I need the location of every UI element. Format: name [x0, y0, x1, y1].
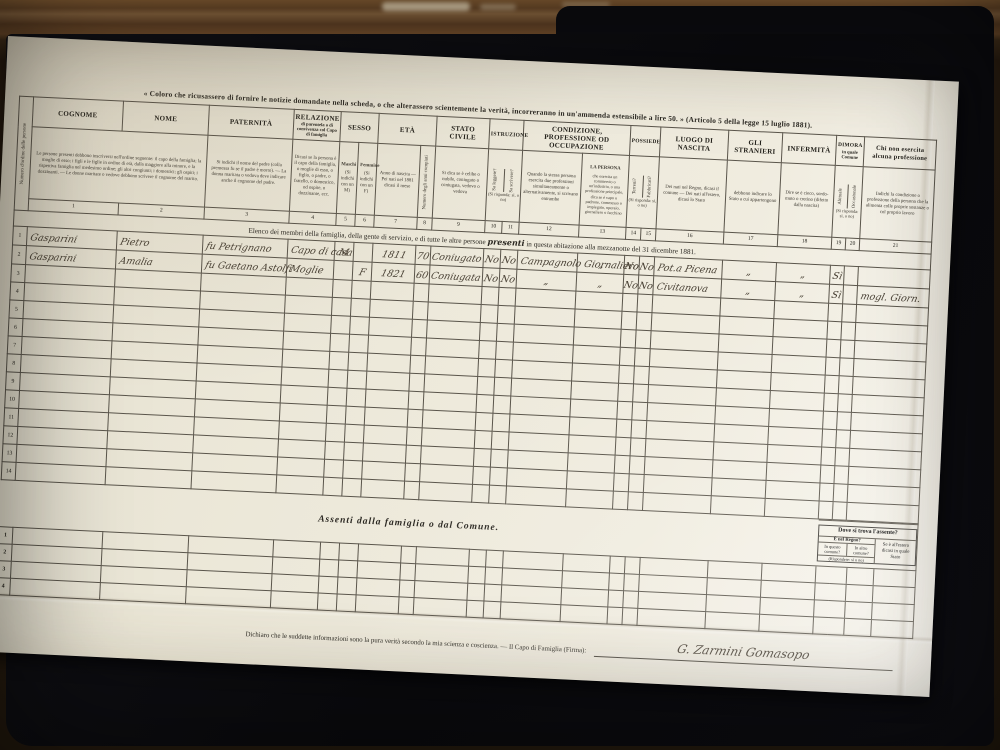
table-cell [475, 413, 493, 432]
census-table: Numero d'ordine delle persone COGNOME NO… [1, 96, 937, 525]
table-cell: Capo di casa [287, 239, 335, 260]
table-cell [622, 294, 638, 313]
table-cell [367, 353, 411, 373]
table-cell [705, 612, 760, 632]
table-cell [826, 339, 841, 358]
table-cell [825, 357, 840, 376]
table-cell [609, 573, 625, 591]
paternita-note: Si indichi il nome del padre (colla prem… [205, 135, 293, 211]
col-header-paternita: PATERNITÀ [208, 105, 294, 139]
table-cell [823, 411, 838, 430]
absent-box-estero: Se è all'estero dicasi in quale Stato [875, 539, 916, 565]
table-cell [358, 544, 402, 563]
table-cell [477, 377, 495, 396]
col-header-infermita: INFERMITÀ [781, 133, 836, 166]
table-cell: No [639, 256, 655, 276]
table-cell [337, 577, 357, 595]
table-cell: Sì [830, 265, 845, 285]
col-header-chi-non-esercita: Chi non esercita alcuna professione [863, 137, 936, 170]
table-cell [280, 385, 328, 405]
table-cell [835, 448, 850, 467]
table-cell [327, 388, 347, 407]
declaration-text: Dichiaro che le suddette informazioni so… [245, 632, 586, 657]
table-cell [324, 459, 344, 478]
row-number: 2 [0, 544, 12, 562]
table-cell [363, 443, 407, 463]
table-cell [618, 383, 634, 402]
table-cell [493, 395, 511, 414]
wood-glare [480, 4, 516, 10]
table-cell [410, 355, 426, 374]
condizione-note: Quando la stessa persona esercita due pr… [519, 151, 582, 226]
table-cell [350, 317, 370, 336]
table-cell: 1821 [371, 262, 415, 283]
table-cell [613, 473, 629, 492]
table-cell [276, 475, 324, 495]
table-cell [496, 342, 514, 361]
table-cell: 60 [414, 265, 430, 285]
table-cell [282, 349, 330, 369]
table-cell [345, 406, 365, 425]
table-cell [400, 563, 416, 581]
table-cell: „ [722, 260, 777, 282]
table-cell [628, 492, 644, 511]
table-cell [346, 388, 366, 407]
table-cell [325, 423, 345, 442]
table-cell [567, 453, 615, 473]
fabbricati-label: Fabbricati? [647, 176, 653, 198]
table-cell [824, 375, 839, 394]
table-cell: 1811 [372, 244, 416, 265]
table-cell [609, 556, 625, 574]
table-cell [574, 309, 622, 329]
row-number: 4 [10, 282, 25, 301]
table-cell [284, 313, 332, 333]
row-number: 7 [7, 336, 22, 355]
infermita-note: Dire se è cieco, sordo-muto o cretino (d… [778, 163, 835, 238]
table-cell [339, 543, 359, 561]
table-cell [279, 403, 327, 423]
table-cell [405, 463, 421, 482]
table-cell [833, 484, 848, 503]
table-cell [480, 305, 498, 324]
table-cell [412, 319, 428, 338]
table-cell [607, 607, 623, 625]
table-cell [486, 550, 504, 568]
table-cell: Moglie [286, 258, 334, 279]
table-cell: Civitanova [653, 276, 722, 298]
table-cell [100, 583, 187, 604]
table-cell [622, 608, 638, 626]
occasionale-label: Occasionale [852, 185, 858, 209]
table-cell [623, 591, 639, 609]
present-caption-emphasis: presenti [487, 236, 524, 248]
table-cell [490, 467, 508, 486]
sa-leggere-label: Sa leggere? [493, 169, 499, 191]
col-header-dimora: DIMORA in quale Comune [835, 136, 864, 167]
table-cell [614, 455, 630, 474]
col-header-stranieri: GLI STRANIERI [727, 130, 782, 163]
table-cell [506, 486, 567, 507]
table-cell [343, 460, 363, 479]
table-cell [836, 430, 851, 449]
table-cell [370, 281, 414, 301]
table-cell [281, 367, 329, 387]
table-cell [469, 549, 487, 567]
table-cell [318, 576, 338, 594]
table-cell [326, 405, 346, 424]
table-cell [490, 449, 508, 468]
table-cell: F [352, 262, 372, 282]
present-rows-body: 1GaspariniPietrofu PetrignanoCapo di cas… [1, 226, 930, 524]
table-cell [478, 359, 496, 378]
row-number: 9 [6, 372, 21, 391]
table-cell [819, 483, 834, 502]
table-cell [331, 298, 351, 317]
table-cell [277, 457, 325, 477]
terreni-label: Terreni? [633, 178, 639, 194]
col-header-cognome: COGNOME [32, 97, 123, 131]
table-cell [818, 501, 833, 520]
table-cell [344, 442, 364, 461]
table-cell [369, 299, 413, 319]
table-cell [473, 449, 491, 468]
table-cell [479, 323, 497, 342]
col-header-istruzione: ISTRUZIONE [489, 119, 524, 151]
table-cell [616, 419, 632, 438]
table-cell [344, 424, 364, 443]
table-cell [351, 281, 371, 300]
table-cell: Coniugata [429, 265, 483, 287]
col-header-luogo-nascita: LUOGO DI NASCITA [659, 127, 728, 160]
table-cell: Campagnolo Giornaliero [517, 250, 578, 272]
table-cell [842, 304, 857, 323]
table-cell [283, 331, 331, 351]
row-number: 13 [2, 444, 17, 463]
table-cell [319, 559, 339, 577]
abituale-label: Abituale [838, 188, 844, 205]
table-cell [466, 600, 484, 618]
row-number: 14 [1, 462, 16, 481]
table-cell [571, 381, 619, 401]
la-persona-subheader: LA PERSONA che esercita un commercio o u… [579, 153, 629, 227]
table-cell [356, 578, 400, 597]
table-cell [355, 595, 399, 614]
sa-scrivere-label: Sa scrivere? [509, 169, 515, 193]
stranieri-note: debbono indicare lo Stato a cui apparten… [724, 160, 781, 235]
row-number: 1 [0, 527, 13, 545]
table-cell [570, 399, 618, 419]
table-cell [409, 373, 425, 392]
table-cell [631, 420, 647, 439]
table-cell [498, 288, 516, 307]
chi-non-esercita-note: Indichi la condizione o professione dell… [860, 167, 935, 242]
table-cell [617, 401, 633, 420]
table-cell [363, 425, 407, 445]
table-cell: No [499, 269, 517, 289]
col-header-nome: NOME [122, 101, 209, 135]
table-cell [401, 546, 417, 564]
table-cell: „ [776, 263, 831, 285]
row-number: 10 [5, 390, 20, 409]
table-cell [572, 345, 620, 365]
table-cell [569, 417, 617, 437]
row-number: 2 [12, 245, 27, 265]
table-cell [491, 431, 509, 450]
table-cell: „ [721, 279, 776, 301]
col-header-stato-civile: STATO CIVILE [436, 116, 490, 149]
table-cell [413, 598, 467, 618]
table-cell [839, 358, 854, 377]
row-axis-label: Numero d'ordine delle persone [20, 123, 28, 185]
table-cell [353, 243, 373, 263]
table-cell [270, 591, 318, 610]
table-cell: „ [775, 282, 830, 304]
table-cell [575, 291, 623, 311]
table-cell [411, 337, 427, 356]
col-header-possiede: POSSIEDE [630, 126, 661, 157]
table-cell [497, 306, 515, 325]
table-cell [361, 479, 405, 499]
col-header-sesso: SESSO [340, 112, 379, 144]
table-cell [633, 384, 649, 403]
table-cell [398, 597, 414, 615]
table-cell [560, 605, 608, 624]
table-cell [832, 502, 847, 521]
table-cell [407, 409, 423, 428]
table-cell [629, 456, 645, 475]
signature: G. Zarmini Gomasopo [676, 643, 811, 661]
table-cell [840, 340, 855, 359]
table-cell [837, 412, 852, 431]
table-cell [710, 496, 765, 517]
eta-note: Anno di nascita — Pei nati nel 1881 dica… [374, 144, 420, 218]
table-cell [333, 261, 353, 281]
table-cell [628, 474, 644, 493]
table-cell [485, 567, 503, 585]
table-cell [496, 324, 514, 343]
table-cell [412, 301, 428, 320]
table-cell [843, 285, 858, 305]
table-cell [285, 295, 333, 315]
table-cell [566, 489, 614, 509]
table-cell [632, 402, 648, 421]
table-cell [637, 609, 706, 629]
table-cell [827, 321, 842, 340]
col-header-eta: ETÀ [378, 114, 437, 147]
census-photo: « Coloro che ricusassero di fornire le n… [0, 0, 1000, 750]
row-number: 5 [9, 300, 24, 319]
table-cell [500, 602, 561, 622]
table-cell [495, 360, 513, 379]
table-cell [568, 435, 616, 455]
table-cell [467, 583, 485, 601]
table-cell [484, 584, 502, 602]
possiede-subheader: Terreni? Fabbricati? (Si risponda: sì, o… [626, 156, 659, 229]
table-cell [822, 429, 837, 448]
table-cell [608, 590, 624, 608]
row-number: 3 [11, 264, 26, 283]
absent-location-box: Dove si trova l'assente? È nel Regno? In… [816, 520, 918, 571]
table-cell [365, 389, 409, 409]
table-cell [317, 593, 337, 611]
table-cell [366, 371, 410, 391]
table-cell [573, 327, 621, 347]
dimora-subtitle: in quale Comune [837, 148, 862, 160]
table-cell [474, 431, 492, 450]
table-cell [624, 557, 640, 575]
table-cell [331, 316, 351, 335]
table-cell [350, 299, 370, 318]
table-cell [10, 578, 101, 599]
table-cell [634, 348, 650, 367]
cognome-nome-note: Le persone presenti debbono inscriversi … [29, 127, 208, 207]
table-cell [323, 477, 343, 496]
row-number: 12 [3, 426, 18, 445]
table-cell [328, 370, 348, 389]
table-cell [838, 376, 853, 395]
table-cell [837, 394, 852, 413]
table-cell [347, 370, 367, 389]
table-cell [828, 303, 843, 322]
table-cell [759, 614, 814, 634]
table-cell [492, 413, 510, 432]
row-number: 8 [6, 354, 21, 373]
table-cell [329, 352, 349, 371]
table-cell [630, 438, 646, 457]
table-cell [472, 485, 490, 504]
table-cell: Sì [829, 284, 844, 304]
table-cell [476, 395, 494, 414]
table-cell: Coniugato [430, 246, 484, 268]
table-cell: No [482, 268, 500, 288]
table-cell: No [638, 275, 654, 295]
table-cell [362, 461, 406, 481]
table-cell [404, 481, 420, 500]
relazione-subtitle: di parentela o di convivenza col Capo di… [295, 121, 340, 139]
table-cell [473, 467, 491, 486]
table-cell [483, 601, 501, 619]
table-cell [369, 317, 413, 337]
table-cell [278, 421, 326, 441]
table-cell [620, 330, 636, 349]
row-number: 11 [4, 408, 19, 427]
table-cell [405, 445, 421, 464]
absent-box-respond: (Rispondere: sì o no) [818, 555, 874, 564]
table-cell [624, 574, 640, 592]
table-cell [332, 280, 352, 299]
table-cell [634, 366, 650, 385]
table-cell [285, 277, 333, 297]
table-cell [823, 393, 838, 412]
col-header-relazione: RELAZIONE di parentela o di convivenza c… [293, 110, 341, 142]
table-cell [841, 322, 856, 341]
table-cell [336, 594, 356, 612]
table-cell [342, 478, 362, 497]
table-cell [813, 617, 914, 639]
table-cell: Pot.a Picena [654, 257, 723, 279]
row-number: 6 [8, 318, 23, 337]
table-cell [468, 566, 486, 584]
table-cell [636, 312, 652, 331]
table-cell [637, 294, 653, 313]
table-cell [635, 330, 651, 349]
table-cell [419, 482, 473, 503]
table-cell [572, 363, 620, 383]
table-cell [820, 465, 835, 484]
stato-civile-note: Si dica se è celibe o nubile, coniugato … [432, 146, 488, 220]
table-cell [479, 341, 497, 360]
table-cell [764, 499, 819, 520]
table-cell [619, 347, 635, 366]
signature-line: G. Zarmini Gomasopo [594, 636, 894, 671]
luogo-nascita-note: Dei nati nel Regno, dicasi il comune — D… [656, 157, 727, 232]
table-cell [399, 580, 415, 598]
table-cell [413, 284, 429, 303]
table-cell [338, 560, 358, 578]
table-cell [566, 471, 614, 491]
table-cell [613, 491, 629, 510]
table-cell [408, 391, 424, 410]
table-cell: No [483, 249, 501, 269]
table-cell [278, 439, 326, 459]
table-cell [621, 312, 637, 331]
istruzione-subheader: Sa leggere? Sa scrivere? (Si risponda: s… [485, 149, 522, 223]
table-cell [364, 407, 408, 427]
table-cell: 70 [415, 246, 431, 266]
dimora-subheader: Abituale Occasionale (Si risponda: sì, o… [832, 166, 863, 239]
table-cell [357, 561, 401, 580]
table-cell [368, 335, 412, 355]
table-cell [834, 466, 849, 485]
table-cell: „ [576, 272, 624, 293]
table-cell [494, 377, 512, 396]
relazione-note: Dicasi se la persona è il capo della fam… [289, 140, 339, 214]
census-sheet: « Coloro che ricusassero di fornire le n… [0, 36, 959, 697]
row-number: 1 [12, 226, 27, 246]
table-cell [615, 437, 631, 456]
table-cell [844, 266, 859, 286]
table-cell [406, 427, 422, 446]
table-cell [619, 365, 635, 384]
table-cell [349, 334, 369, 353]
table-cell [320, 542, 340, 560]
table-cell [481, 287, 499, 306]
table-cell [489, 485, 507, 504]
table-cell: No [500, 250, 518, 270]
table-cell [325, 441, 345, 460]
table-cell [821, 447, 836, 466]
wood-glare [382, 2, 470, 11]
table-cell [348, 352, 368, 371]
table-cell [330, 334, 350, 353]
table-cell [185, 587, 271, 608]
